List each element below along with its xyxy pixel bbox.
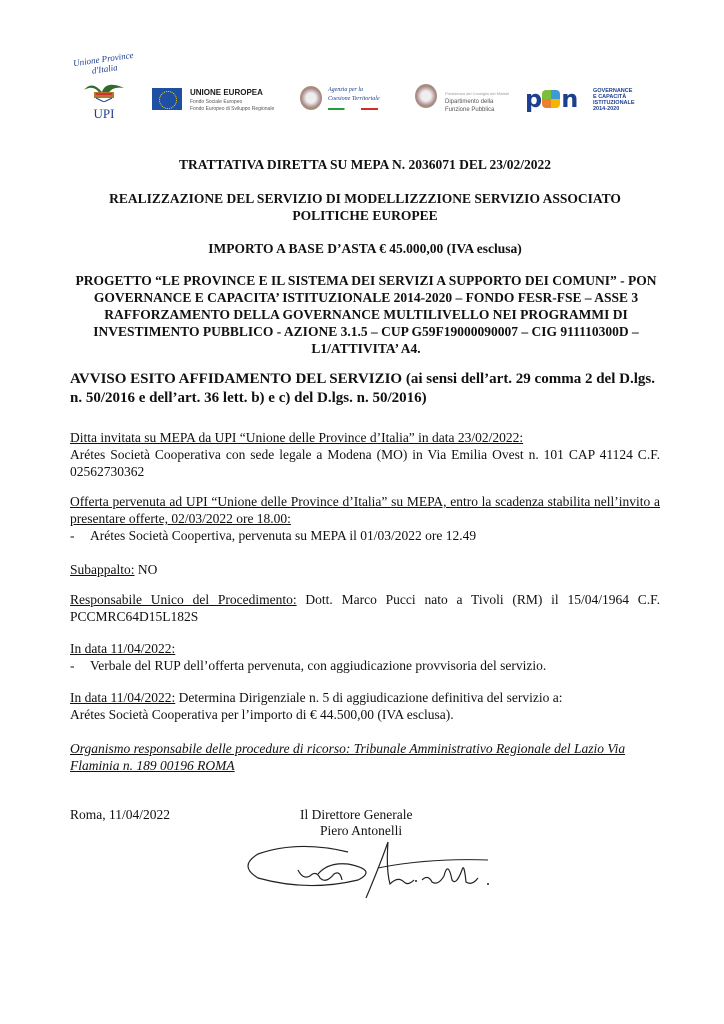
italian-republic-emblem-icon: [300, 86, 322, 110]
data1-bullet: Verbale del RUP dell’offerta pervenuta, …: [90, 658, 546, 673]
pon-n: n: [561, 85, 577, 113]
place-date: Roma, 11/04/2022: [70, 806, 170, 823]
title-importo: IMPORTO A BASE D’ASTA € 45.000,00 (IVA e…: [60, 240, 670, 257]
section-subappalto: Subappalto: NO: [70, 561, 660, 578]
title-trattativa: TRATTATIVA DIRETTA SU MEPA N. 2036071 DE…: [60, 156, 670, 173]
eu-line2: Fondo Europeo di Sviluppo Regionale: [190, 106, 274, 112]
pon-logo: pn GOVERNANCE E CAPACITÀ ISTITUZIONALE 2…: [525, 86, 670, 116]
eu-flag-icon: [152, 88, 182, 110]
handwritten-signature-icon: [238, 840, 498, 900]
rup-label: Responsabile Unico del Procedimento:: [70, 592, 297, 607]
upi-emblem-icon: [82, 80, 126, 102]
agenzia-line2: Coesione Territoriale: [328, 95, 380, 104]
signatory-name: Piero Antonelli: [320, 822, 402, 839]
section-data2: In data 11/04/2022: Determina Dirigenzia…: [70, 689, 660, 723]
section-rup: Responsabile Unico del Procedimento: Dot…: [70, 591, 660, 625]
header-logos: Unione Province d'Italia UPI UNIONE EURO…: [60, 52, 670, 132]
eu-line1: Fondo Sociale Europeo: [190, 99, 242, 105]
dfp-line1: Dipartimento della: [445, 98, 509, 106]
title-realizzazione: REALIZZAZIONE DEL SERVIZIO DI MODELLIZZZ…: [100, 190, 630, 224]
agenzia-line1: Agenzia per la: [328, 86, 380, 95]
data1-label: In data 11/04/2022:: [70, 640, 660, 657]
bullet-dash: -: [70, 657, 90, 674]
offerta-label: Offerta pervenuta ad UPI “Unione delle P…: [70, 493, 660, 527]
data2-label: In data 11/04/2022:: [70, 690, 175, 705]
avviso-heading: AVVISO ESITO AFFIDAMENTO DEL SERVIZIO (a…: [70, 370, 660, 408]
ditta-label: Ditta invitata su MEPA da UPI “Unione de…: [70, 429, 660, 446]
offerta-bullet: Arétes Società Coopertiva, pervenuta su …: [90, 528, 476, 543]
ricorso-text: Organismo responsabile delle procedure d…: [70, 740, 660, 774]
dfp-line0: Presidenza del Consiglio dei Ministri: [445, 90, 509, 98]
eu-title: UNIONE EUROPEA: [190, 88, 263, 97]
pon-p: p: [525, 85, 541, 113]
ditta-text: Arétes Società Cooperativa con sede lega…: [70, 446, 660, 480]
subappalto-label: Subappalto:: [70, 562, 135, 577]
title-progetto: PROGETTO “LE PROVINCE E IL SISTEMA DEI S…: [68, 272, 664, 357]
upi-logo: Unione Province d'Italia UPI: [64, 52, 144, 130]
pon-line: 2014-2020: [593, 106, 635, 112]
data2-text: Determina Dirigenziale n. 5 di aggiudica…: [175, 690, 562, 705]
upi-arc-text: Unione Province d'Italia: [63, 49, 145, 80]
data2-text2: Arétes Società Cooperativa per l’importo…: [70, 706, 660, 723]
upi-label: UPI: [64, 106, 144, 122]
bullet-dash: -: [70, 527, 90, 544]
section-ditta: Ditta invitata su MEPA da UPI “Unione de…: [70, 429, 660, 480]
agenzia-coesione-logo: Agenzia per la Coesione Territoriale: [300, 86, 390, 116]
dfp-line2: Funzione Pubblica: [445, 106, 509, 114]
tricolor-bar: [328, 108, 378, 110]
section-data1: In data 11/04/2022: -Verbale del RUP del…: [70, 640, 660, 674]
eu-logo: UNIONE EUROPEA Fondo Sociale Europeo Fon…: [152, 88, 322, 114]
subappalto-value: NO: [135, 562, 158, 577]
funzione-pubblica-logo: Presidenza del Consiglio dei Ministri Di…: [415, 84, 535, 114]
italian-republic-emblem-icon: [415, 84, 437, 108]
pon-square-icon: [542, 90, 560, 108]
signatory-role: Il Direttore Generale: [300, 806, 412, 823]
section-offerta: Offerta pervenuta ad UPI “Unione delle P…: [70, 493, 660, 544]
